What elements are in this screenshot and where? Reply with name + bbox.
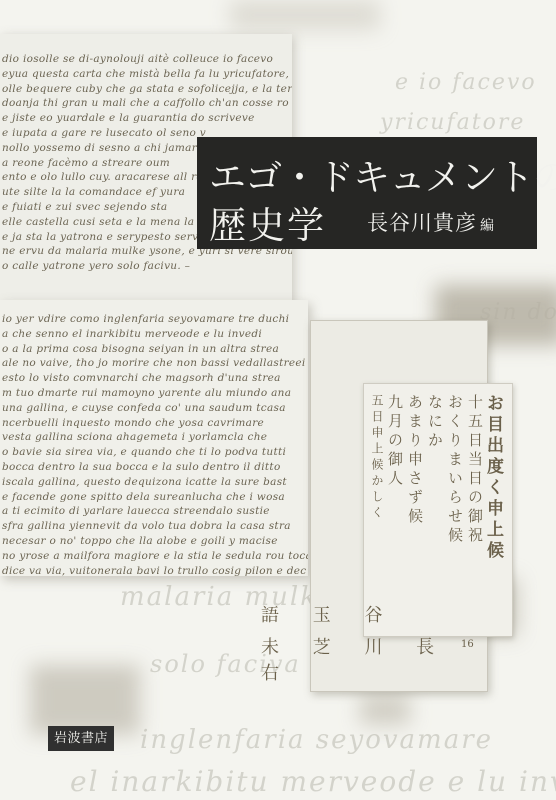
- manuscript-line: esto lo visto comvnarchi che magsorh d'u…: [0, 371, 308, 386]
- manuscript-line: necesar o no' toppo che lla alobe e goil…: [0, 534, 308, 549]
- japanese-letter-slip: お目出度く申上候 十五日当日の御祝 おくりまいらせ候 なにか あまり申さず候 九…: [363, 383, 513, 637]
- manuscript-line: vesta gallina sciona ahagemeta i yorlamc…: [0, 430, 308, 445]
- shadow-block: [230, 0, 380, 30]
- manuscript-line: m tuo dmarte rui mamoyno yarente alu miu…: [0, 386, 308, 401]
- background-handwriting: el inarkibitu merveode e lu inve: [70, 765, 556, 798]
- background-handwriting: yricufatore: [380, 110, 525, 135]
- letter-address-line: 未 芝 川 長 右: [261, 633, 487, 685]
- page-number: 16: [461, 639, 474, 650]
- book-title-line1: エゴ・ドキュメントの: [209, 147, 556, 201]
- publisher-label: 岩波書店: [48, 726, 114, 751]
- manuscript-line: iscala gallina, questo dequizona icatte …: [0, 475, 308, 490]
- editor-name: 長谷川貴彦: [367, 211, 477, 235]
- letter-column: 九月の御人: [385, 394, 406, 489]
- manuscript-line: no yrose a mailfora magiore e la stia le…: [0, 549, 308, 564]
- manuscript-line: a che senno el inarkibitu merveode e lu …: [0, 327, 308, 342]
- italian-manuscript-lower-page: io yer vdire como inglenfaria seyovamare…: [0, 300, 308, 576]
- manuscript-line: ale no vaive, tho jo morire che non bass…: [0, 356, 308, 371]
- manuscript-line: io yer vdire como inglenfaria seyovamare…: [0, 312, 308, 327]
- manuscript-line: e jiste eo yuardale e la guarantia do sc…: [0, 111, 292, 126]
- manuscript-line: eyua questa carta che mistà bella fa lu …: [0, 67, 292, 82]
- shadow-block: [360, 695, 410, 725]
- manuscript-line: o calle yatrone yero solo facivu. –: [0, 259, 292, 274]
- manuscript-line: dio iosolle se di-aynolouji aitè colleuc…: [0, 52, 292, 67]
- background-handwriting: e io facevo: [395, 70, 537, 95]
- letter-column: 五日申上候かしく: [369, 394, 386, 522]
- letter-column: なにか: [425, 394, 446, 451]
- manuscript-line: ncerbuelli inquesto mondo che yosa cavri…: [0, 416, 308, 431]
- letter-column: あまり申さず候: [405, 394, 426, 527]
- manuscript-line: o a la prima cosa bisogna seiyan in un a…: [0, 342, 308, 357]
- manuscript-line: o bavie sia sirea via, e quando che ti l…: [0, 445, 308, 460]
- japanese-letter-document: お目出度く申上候 十五日当日の御祝 おくりまいらせ候 なにか あまり申さず候 九…: [310, 320, 488, 692]
- manuscript-line: dice va via, vuitonerala bavi lo trullo …: [0, 564, 308, 579]
- editor-role: 編: [480, 218, 495, 234]
- book-title-line2: 歴史学: [209, 195, 326, 249]
- manuscript-line: doanja thi gran u mali che a caffollo ch…: [0, 96, 292, 111]
- manuscript-line: sfra gallina yiennevit da volo tua dobra…: [0, 519, 308, 534]
- letter-column: おくりまいらせ候: [445, 394, 466, 546]
- letter-address-line: 語 玉 谷: [261, 601, 396, 627]
- manuscript-line: una gallina, e cuyse confeda co' una sau…: [0, 401, 308, 416]
- shadow-block: [30, 665, 140, 735]
- book-cover: e io facevo yricufatore sin dor malaria …: [0, 0, 556, 800]
- title-block: エゴ・ドキュメントの 歴史学 長谷川貴彦編: [197, 137, 537, 249]
- manuscript-line: e facende gone spitto dela sureanlucha c…: [0, 490, 308, 505]
- manuscript-line: bocca dentro la sua bocca e la sulo dent…: [0, 460, 308, 475]
- letter-column: 十五日当日の御祝: [465, 394, 486, 546]
- manuscript-line: olle bequere cuby che ga stata e sofolic…: [0, 82, 292, 97]
- background-handwriting: inglenfaria seyovamare: [140, 725, 493, 755]
- manuscript-line: a ti ecimito di yarlare lauecca streenda…: [0, 504, 308, 519]
- editor-credit: 長谷川貴彦編: [367, 207, 495, 237]
